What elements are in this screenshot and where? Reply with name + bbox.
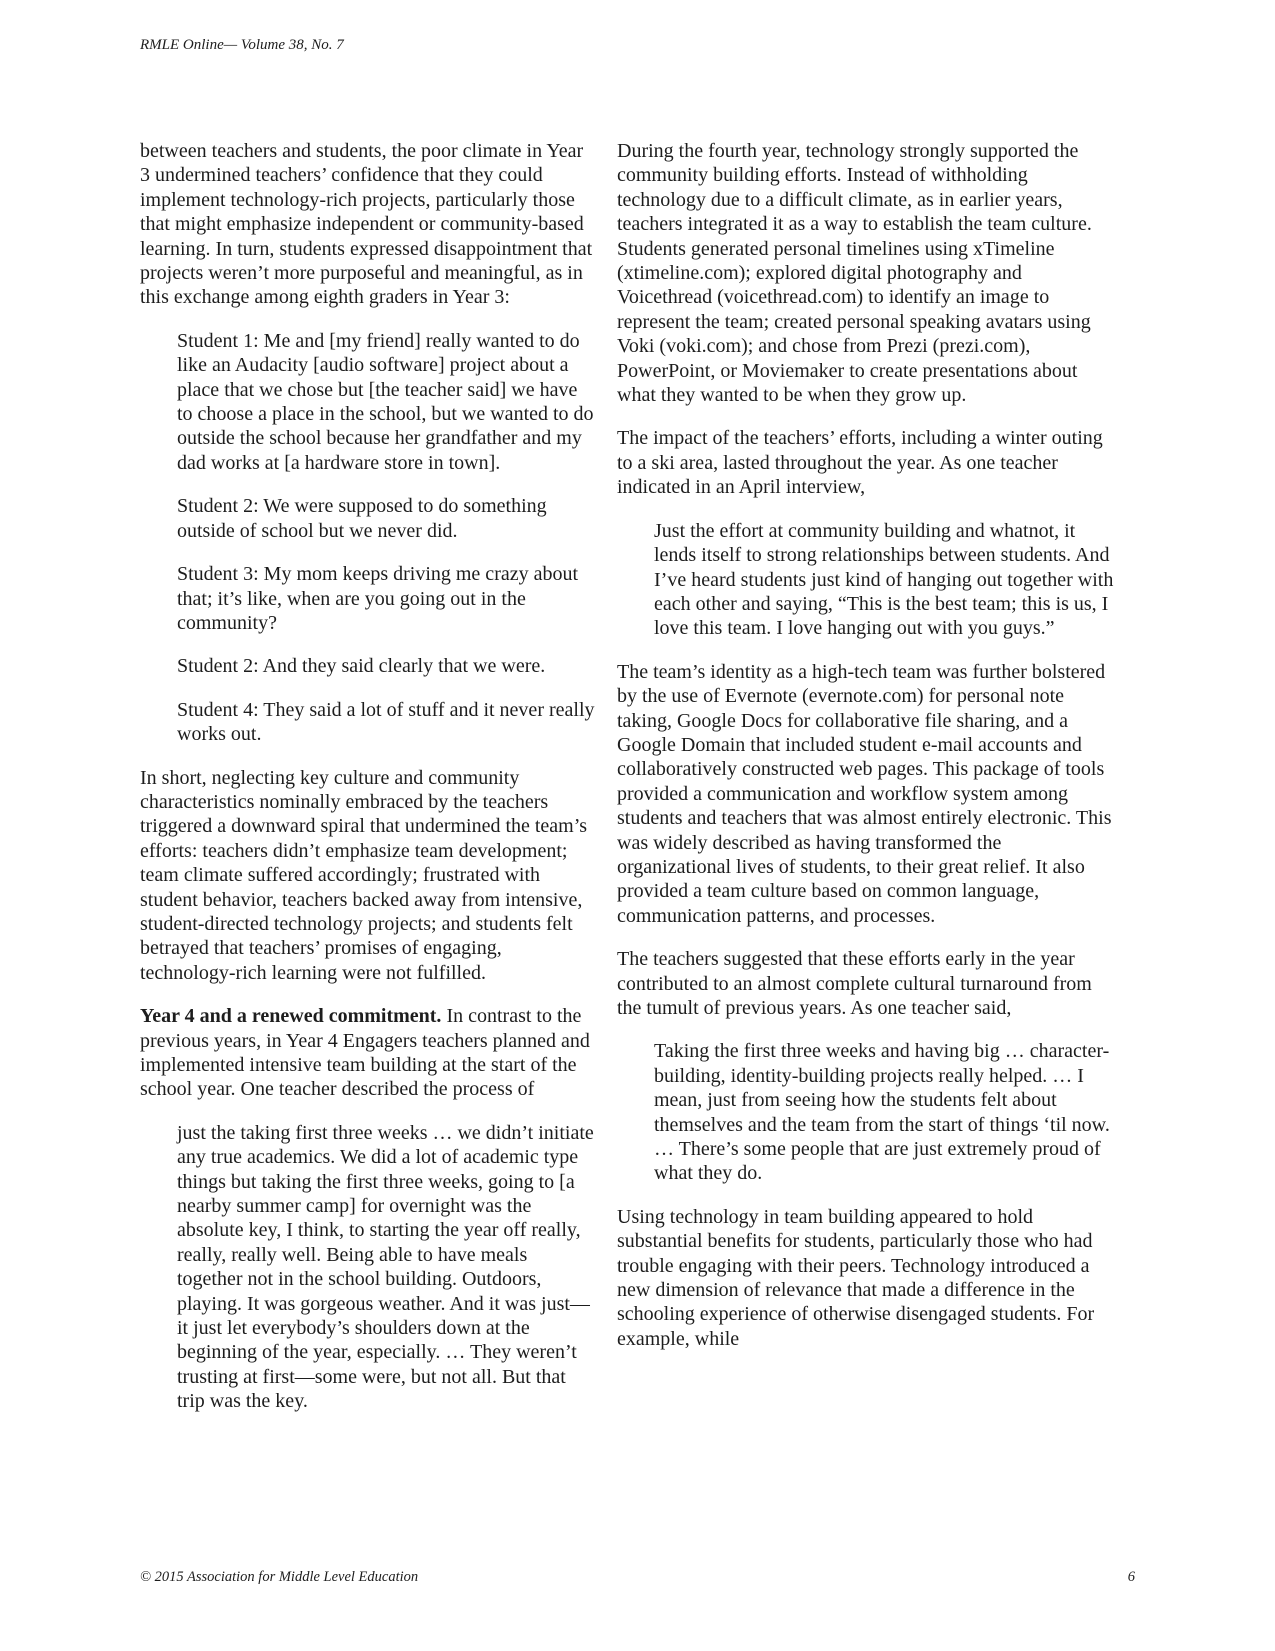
right-column: During the fourth year, technology stron… [617,139,1114,1433]
block-quote-teacher-interview: Just the effort at community building an… [654,519,1114,641]
body-paragraph: Using technology in team building appear… [617,1205,1114,1351]
body-paragraph-with-heading: Year 4 and a renewed commitment. In cont… [140,1004,595,1102]
body-paragraph: In short, neglecting key culture and com… [140,766,595,986]
block-quote-student-3: Student 3: My mom keeps driving me crazy… [177,562,595,635]
page-number: 6 [1128,1568,1135,1586]
journal-header: RMLE Online— Volume 38, No. 7 [140,36,1135,55]
page-footer: © 2015 Association for Middle Level Educ… [140,1568,1135,1586]
body-paragraph: The teachers suggested that these effort… [617,947,1114,1020]
body-paragraph: During the fourth year, technology stron… [617,139,1114,407]
body-paragraph: The team’s identity as a high-tech team … [617,660,1114,928]
journal-page: RMLE Online— Volume 38, No. 7 between te… [140,36,1135,1433]
block-quote-student-1: Student 1: Me and [my friend] really wan… [177,329,595,475]
block-quote-student-2: Student 2: We were supposed to do someth… [177,494,595,543]
block-quote-student-4: Student 4: They said a lot of stuff and … [177,698,595,747]
run-in-heading: Year 4 and a renewed commitment. [140,1005,441,1027]
left-column: between teachers and students, the poor … [140,139,595,1433]
block-quote-teacher-said: Taking the first three weeks and having … [654,1039,1114,1185]
footer-copyright: © 2015 Association for Middle Level Educ… [140,1568,418,1586]
block-quote-student-2b: Student 2: And they said clearly that we… [177,654,595,678]
block-quote-teacher: just the taking first three weeks … we d… [177,1121,595,1414]
body-paragraph: between teachers and students, the poor … [140,139,595,310]
body-paragraph: The impact of the teachers’ efforts, inc… [617,426,1114,499]
two-column-body: between teachers and students, the poor … [140,139,1135,1433]
